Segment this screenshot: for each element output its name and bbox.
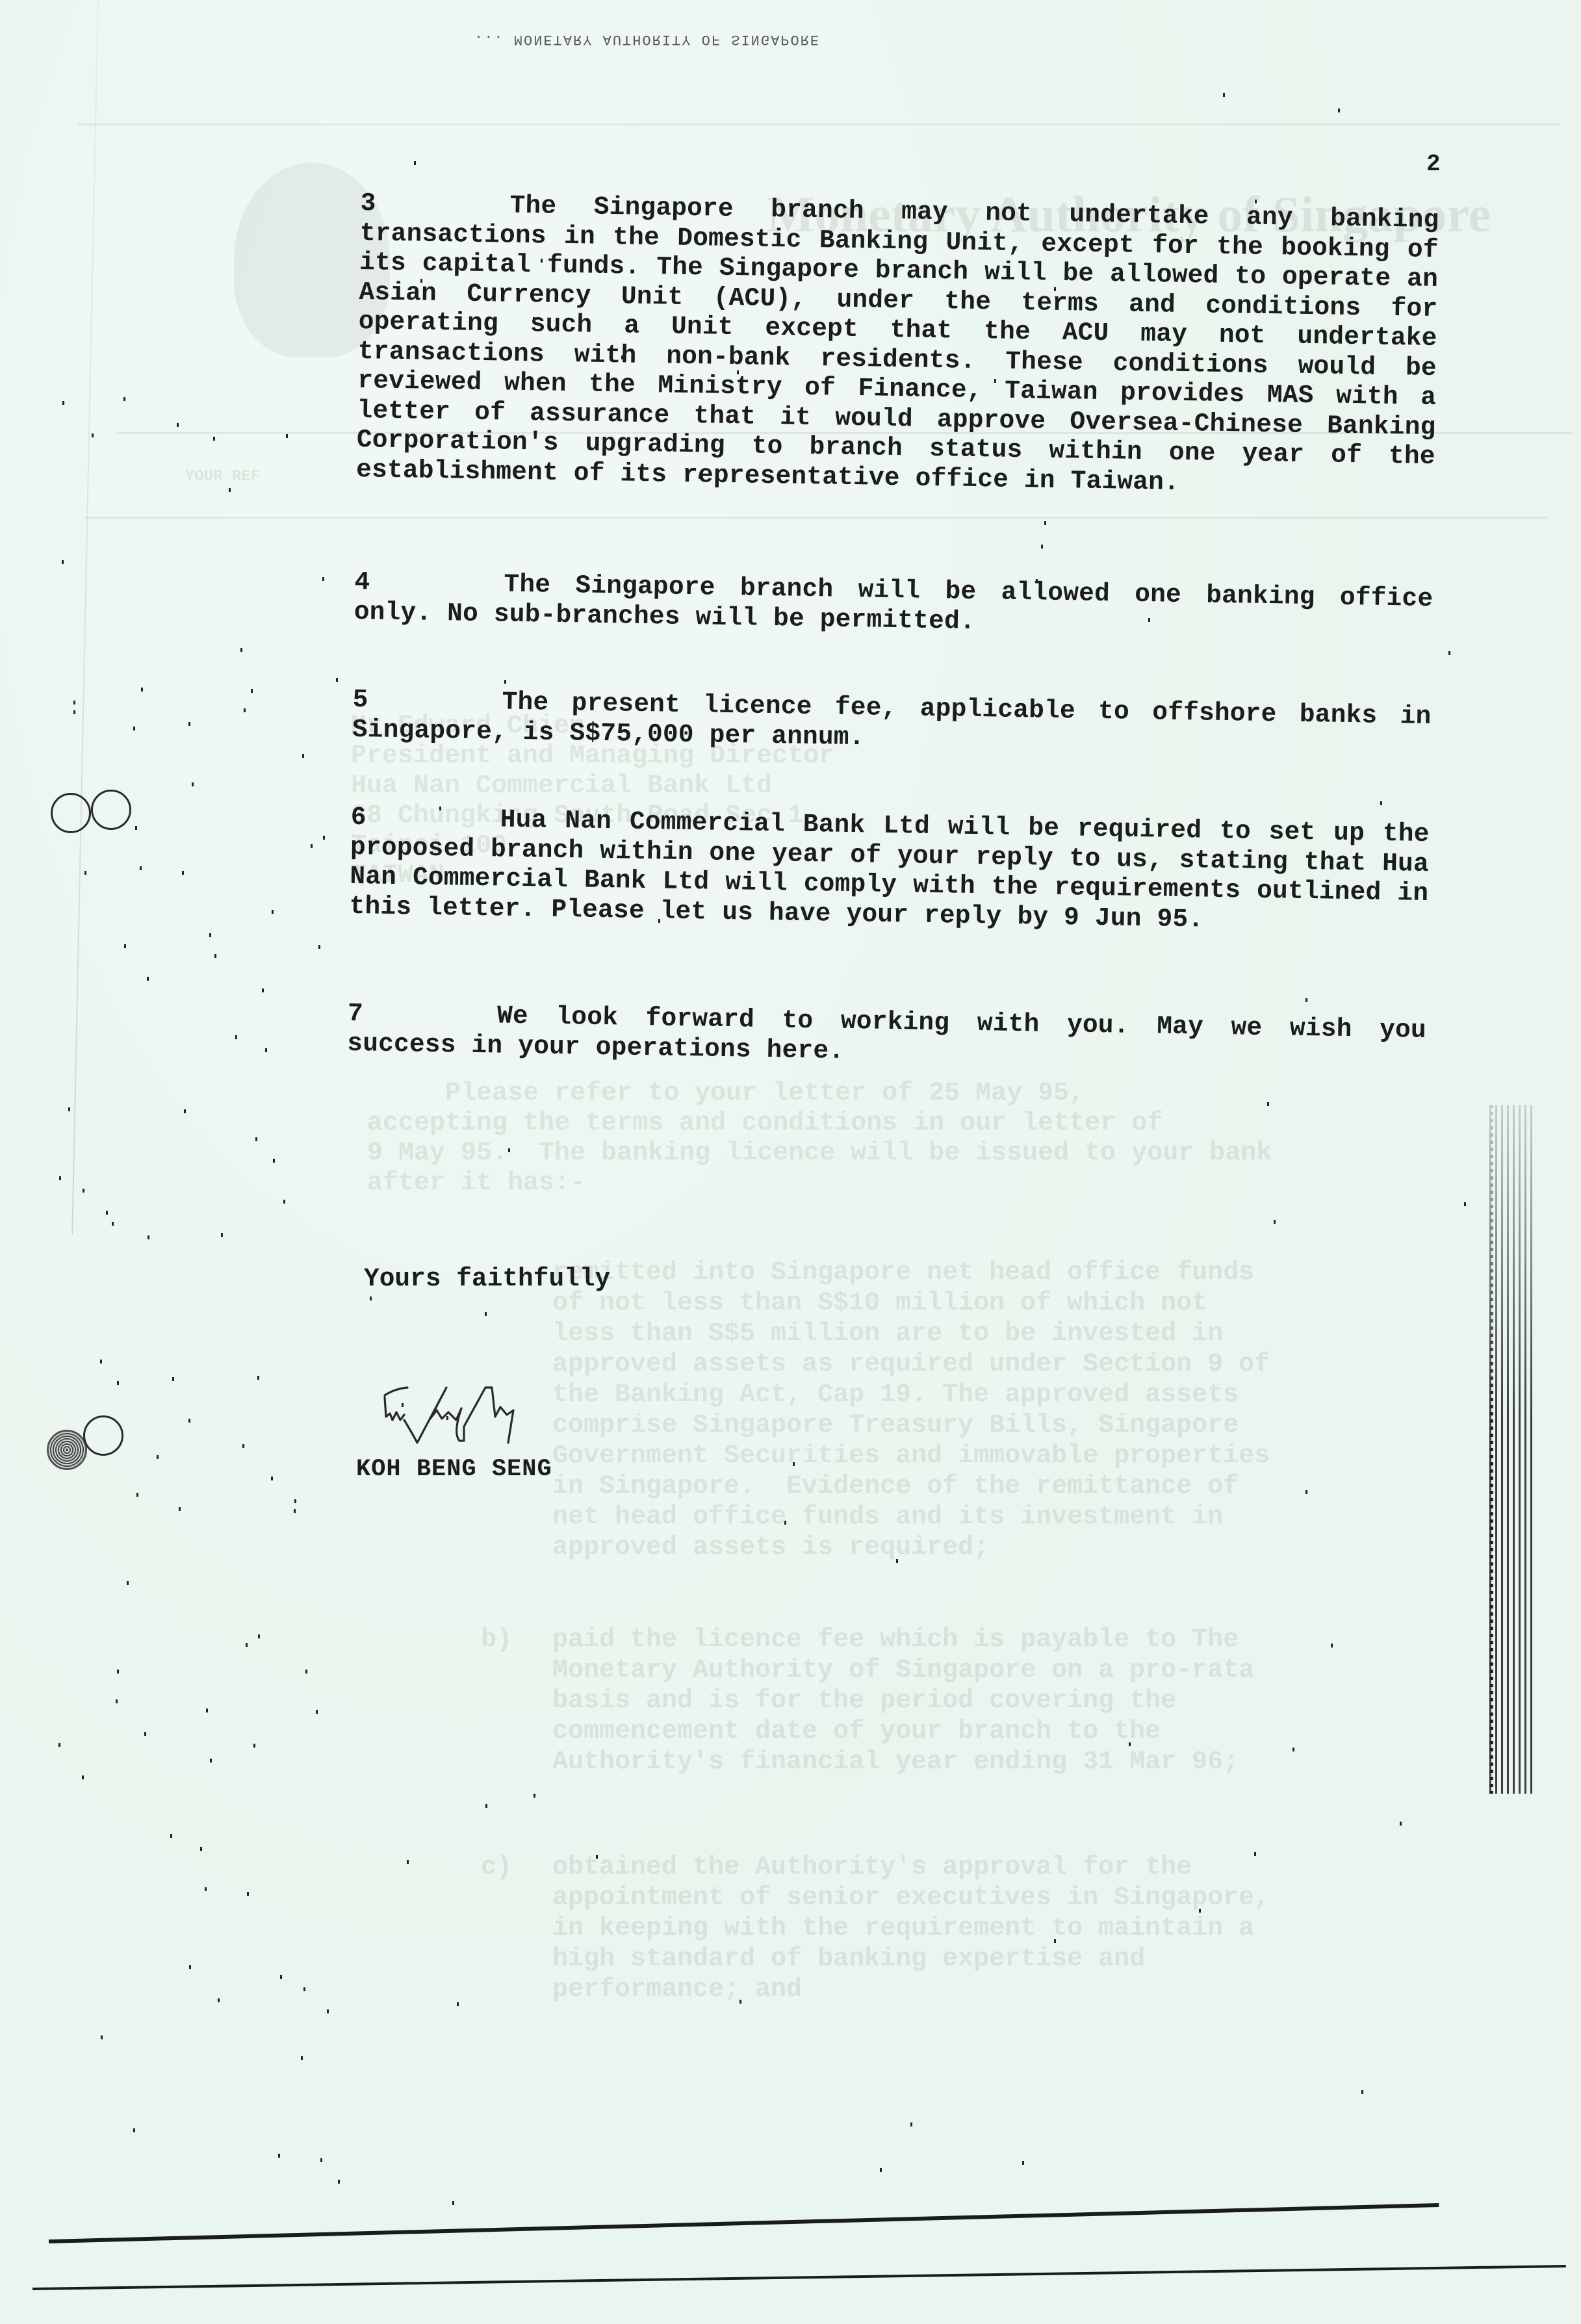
- scan-speck: [1464, 1202, 1466, 1206]
- bleed-through-condition-item: c)obtained the Authority's approval for …: [552, 1852, 1270, 2005]
- scan-speck: [504, 680, 506, 684]
- scan-speck: [133, 2128, 135, 2132]
- scan-speck: [255, 1137, 257, 1141]
- handwritten-signature: [378, 1381, 573, 1449]
- scan-speck: [257, 1376, 259, 1380]
- scan-speck: [414, 161, 416, 165]
- scan-speck: [1331, 1644, 1333, 1647]
- scan-edge-line: [32, 2265, 1566, 2290]
- scan-speck: [485, 1804, 487, 1808]
- scan-speck: [73, 710, 75, 714]
- scan-speck: [235, 1035, 237, 1039]
- scan-speck: [336, 678, 338, 682]
- scan-speck: [541, 259, 543, 263]
- letter-body: 3 The Singapore branch may not undertake…: [347, 188, 1439, 1075]
- scan-speck: [188, 1419, 190, 1423]
- scan-speck: [338, 2180, 340, 2184]
- bleed-through-item-label: b): [481, 1625, 512, 1655]
- scan-speck: [1267, 1102, 1269, 1106]
- scan-speck: [533, 1794, 535, 1798]
- scan-speck: [133, 727, 135, 730]
- scan-speck: [1054, 1939, 1056, 1943]
- scan-speck: [439, 807, 441, 810]
- scan-speck: [286, 434, 288, 438]
- scan-speck: [323, 836, 325, 840]
- paragraph-number: 4: [354, 567, 370, 597]
- scan-speck: [1036, 579, 1038, 583]
- scan-speck: [117, 1670, 119, 1673]
- scan-speck: [320, 2158, 322, 2162]
- scan-speck: [188, 722, 190, 726]
- scan-speck: [446, 1416, 448, 1420]
- punch-hole-mark: [51, 793, 91, 833]
- scan-speck: [177, 423, 179, 427]
- scan-speck: [209, 933, 211, 937]
- scan-speck: [247, 1892, 249, 1896]
- scan-speck: [1305, 1490, 1307, 1494]
- scan-speck: [407, 1860, 409, 1864]
- scan-speck: [1041, 545, 1043, 549]
- paragraph-number: 6: [350, 803, 366, 833]
- bleed-through-item-text: remitted into Singapore net head office …: [552, 1258, 1270, 1563]
- scan-speck: [271, 1477, 273, 1480]
- scan-speck: [327, 2009, 329, 2013]
- paragraph-5: 5 The present licence fee, applicable to…: [352, 685, 1432, 761]
- scan-speck: [116, 1699, 118, 1703]
- scan-speck: [402, 1403, 404, 1407]
- scan-speck: [621, 355, 623, 359]
- scan-speck: [457, 2002, 459, 2006]
- scan-speck: [280, 1975, 282, 1979]
- scan-speck: [508, 1148, 510, 1152]
- scan-speck: [322, 577, 324, 581]
- scan-speck: [1223, 93, 1225, 97]
- scan-speck: [1305, 998, 1307, 1002]
- scan-speck: [148, 1235, 149, 1239]
- scan-speck: [1054, 287, 1056, 291]
- fax-header-fragment: ... MONETARY AUTHORITY OF SINGAPORE: [474, 31, 820, 47]
- scan-speck: [739, 2000, 741, 2004]
- scan-speck: [420, 279, 422, 283]
- scan-speck: [240, 648, 242, 652]
- scan-speck: [123, 397, 125, 401]
- scan-speck: [82, 1775, 84, 1779]
- scan-speck: [101, 2035, 103, 2039]
- paragraph-text: We look forward to working with you. May…: [347, 999, 1426, 1075]
- scan-speck: [147, 977, 149, 981]
- scan-speck: [106, 1211, 108, 1215]
- scan-speck: [273, 1159, 275, 1163]
- scan-speck: [206, 1709, 208, 1712]
- scan-speck: [112, 1222, 114, 1226]
- scan-speck: [157, 1455, 159, 1459]
- scan-speck: [218, 1998, 220, 2002]
- scan-speck: [311, 844, 313, 848]
- scan-speck: [1292, 1748, 1294, 1751]
- bleed-through-body: Please refer to your letter of 25 May 95…: [367, 1079, 1272, 1198]
- bleed-through-conditions: remitted into Singapore net head office …: [552, 1258, 1270, 2080]
- paragraph-text: The Singapore branch may not undertake a…: [356, 188, 1439, 501]
- scan-speck: [244, 708, 246, 712]
- scan-speck: [172, 1377, 174, 1381]
- scan-speck: [205, 1887, 207, 1891]
- scan-speck: [1129, 1742, 1131, 1746]
- scan-edge-line: [49, 2203, 1439, 2243]
- bleed-through-condition-item: remitted into Singapore net head office …: [552, 1258, 1270, 1563]
- scan-speck: [210, 1759, 212, 1762]
- scan-speck: [658, 919, 660, 923]
- scan-speck: [200, 1847, 202, 1851]
- scan-speck: [1044, 521, 1046, 525]
- scan-speck: [251, 689, 253, 693]
- page-edge-shadow: [71, 0, 99, 1235]
- scan-speck: [62, 560, 64, 564]
- scan-speck: [182, 871, 184, 875]
- scan-speck: [1380, 801, 1382, 805]
- scan-speck: [1199, 1909, 1201, 1913]
- scan-speck: [144, 1732, 146, 1736]
- scan-speck: [1400, 1822, 1402, 1826]
- bleed-through-condition-item: b)paid the licence fee which is payable …: [552, 1625, 1270, 1777]
- scan-speck: [229, 488, 231, 492]
- scan-speck: [59, 1176, 61, 1180]
- punch-hole-mark: [91, 790, 131, 830]
- scan-speck: [272, 910, 274, 914]
- scan-speck: [301, 2056, 303, 2060]
- scan-speck: [994, 379, 996, 383]
- paragraph-text: The present licence fee, applicable to o…: [352, 685, 1432, 761]
- scan-speck: [1338, 109, 1340, 112]
- bleed-through-rule: [78, 123, 1560, 125]
- scan-speck: [265, 1048, 267, 1052]
- scan-speck: [92, 433, 94, 437]
- scan-speck: [305, 1670, 307, 1673]
- paragraph-7: 7 We look forward to working with you. M…: [347, 999, 1426, 1075]
- scan-speck: [141, 688, 143, 691]
- paragraph-4: 4 The Singapore branch will be allowed o…: [353, 567, 1433, 643]
- bleed-through-item-text: paid the licence fee which is payable to…: [552, 1625, 1270, 1777]
- scan-speck: [596, 1855, 598, 1859]
- scan-speck: [192, 782, 194, 786]
- scan-speck: [136, 1493, 138, 1497]
- scan-speck: [1148, 618, 1150, 622]
- punch-hole-mark-filled: [47, 1430, 87, 1470]
- scan-speck: [124, 944, 126, 948]
- scan-speck: [58, 1743, 60, 1747]
- scan-speck: [140, 866, 142, 870]
- scan-speck: [253, 1744, 255, 1748]
- scan-speck: [784, 1521, 786, 1525]
- scan-speck: [214, 954, 216, 958]
- scan-speck: [699, 475, 701, 479]
- scan-speck: [278, 2154, 280, 2158]
- scan-speck: [611, 261, 613, 265]
- bleed-through-ref-label: YOUR REF: [185, 468, 260, 485]
- paragraph-3: 3 The Singapore branch may not undertake…: [356, 188, 1439, 501]
- scan-speck: [1180, 888, 1182, 892]
- scan-speck: [1274, 1220, 1276, 1224]
- scan-speck: [189, 1965, 191, 1969]
- scan-speck: [303, 1987, 305, 1991]
- scan-speck: [1255, 200, 1257, 203]
- scan-speck: [68, 1107, 70, 1111]
- scan-speck: [262, 988, 264, 992]
- scan-speck: [117, 1381, 119, 1385]
- bleed-through-item-label: c): [481, 1852, 512, 1883]
- scan-speck: [242, 1444, 244, 1448]
- punch-hole-mark: [83, 1415, 123, 1456]
- scan-speck: [100, 1360, 102, 1363]
- bleed-through-item-text: obtained the Authority's approval for th…: [552, 1852, 1270, 2005]
- scan-speck: [258, 1634, 260, 1638]
- scan-speck: [127, 1581, 129, 1585]
- scan-speck: [62, 401, 64, 405]
- scan-speck: [880, 2168, 882, 2172]
- scanned-page: Monetary Authority of Singapore YOUR REF…: [0, 0, 1581, 2324]
- scan-speck: [316, 1710, 318, 1714]
- scan-speck: [294, 1499, 296, 1503]
- paragraph-number: 5: [352, 685, 368, 715]
- paragraph-number: 7: [348, 999, 364, 1029]
- paragraph-6: 6 Hua Nan Commercial Bank Ltd will be re…: [349, 803, 1430, 938]
- scan-speck: [283, 1200, 285, 1204]
- scan-speck: [896, 1559, 898, 1563]
- scan-speck: [485, 1312, 487, 1316]
- scan-speck: [1254, 1852, 1256, 1856]
- scan-speck: [1361, 2090, 1363, 2094]
- scan-speck: [170, 1834, 172, 1838]
- scan-speck: [294, 1509, 296, 1513]
- scan-speck: [83, 1189, 84, 1193]
- scan-edge-noise: [1489, 1105, 1535, 1794]
- scan-speck: [793, 1462, 795, 1466]
- scan-speck: [246, 1643, 248, 1647]
- scan-speck: [910, 2123, 912, 2126]
- scan-speck: [213, 437, 215, 441]
- paragraph-text: Hua Nan Commercial Bank Ltd will be requ…: [349, 803, 1430, 938]
- scan-speck: [84, 871, 86, 875]
- scan-speck: [302, 754, 304, 758]
- scan-speck: [452, 2201, 454, 2205]
- scan-speck: [318, 945, 320, 949]
- scan-speck: [1448, 651, 1450, 655]
- scan-speck: [1022, 2161, 1024, 2165]
- scan-speck: [370, 1297, 372, 1300]
- page-number: 2: [1426, 151, 1441, 177]
- closing-salutation: Yours faithfully: [364, 1264, 610, 1293]
- scan-speck: [184, 1109, 186, 1113]
- scan-speck: [533, 317, 535, 321]
- scan-speck: [135, 826, 137, 830]
- scan-speck: [737, 370, 739, 374]
- scan-speck: [179, 1507, 181, 1511]
- scan-speck: [221, 1233, 223, 1237]
- scan-speck: [73, 701, 75, 704]
- signatory-name: KOH BENG SENG: [356, 1456, 552, 1483]
- paragraph-text: The Singapore branch will be allowed one…: [353, 567, 1433, 643]
- paragraph-number: 3: [360, 188, 376, 218]
